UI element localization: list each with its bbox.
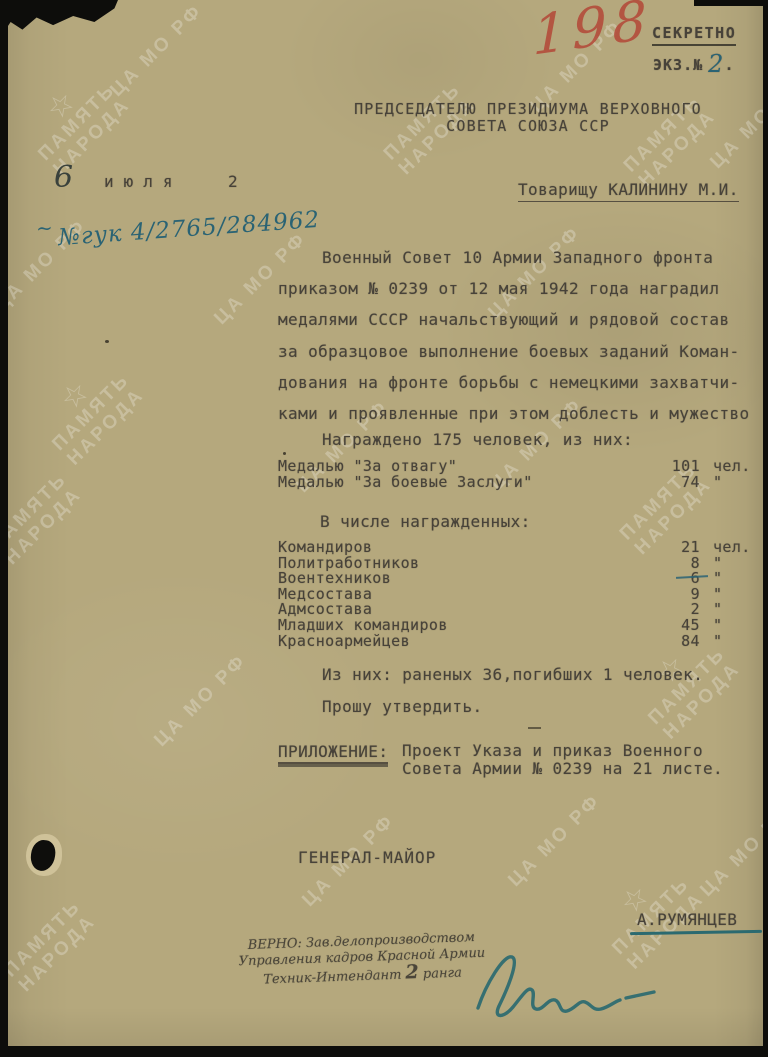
paragraph-line: приказом № 0239 от 12 мая 1942 года нагр… [278,273,758,304]
ink-speck [105,340,109,343]
copy-number-line: ЭКЗ.№2. [653,48,734,76]
star-icon: ☆ [17,62,105,150]
attachment-label: ПРИЛОЖЕНИЕ: [278,742,388,764]
attachment-text: Проект Указа и приказ Военного Совета Ар… [402,742,723,778]
scan-edge-top-right [694,0,768,6]
attachment-line: Совета Армии № 0239 на 21 листе. [402,760,723,778]
secret-stamp-text: СЕКРЕТНО [652,24,736,46]
signatory-name: А.РУМЯНЦЕВ [637,910,737,929]
watermark-memory: ☆ ПАМЯТЬ НАРОДА [31,352,148,469]
watermark-memory: ☆ ПАМЯТЬ НАРОДА [17,62,134,179]
watermark-memory: ПАМЯТЬ НАРОДА [0,896,100,996]
signature-scribble [468,942,668,1032]
ink-underline-mark [630,930,762,935]
watermark-archive: ЦА МО РФ [706,72,768,173]
certification-block: ВЕРНО: Зав.делопроизводством Управления … [231,929,493,989]
copy-suffix: . [724,56,734,74]
date-year-digit: 2 [228,172,238,191]
scan-edge-right [763,0,768,1057]
ink-speck [283,452,286,455]
category-unit: " [713,634,722,650]
losses-line: Из них: раненых 36,погибших 1 человек. [322,665,703,684]
star-icon: ☆ [31,352,119,440]
paragraph-line: за образцовое выполнение боевых заданий … [278,336,758,367]
medal-row: Медалью "За боевые Заслуги" 74 " [278,475,756,491]
date-day-handwritten: 6 [54,160,73,195]
medal-count: 74 [650,475,700,491]
medal-label: Медалью "За боевые Заслуги" [278,475,650,491]
watermark-archive: ЦА МО РФ [106,0,207,101]
paragraph-line: дования на фронте борьбы с немецкими зах… [278,367,758,398]
body-paragraph: Военный Совет 10 Армии Западного фронта … [278,242,758,429]
awarded-summary: Награждено 175 человек, из них: [322,430,633,449]
attachment-line: Проект Указа и приказ Военного [402,742,723,760]
signatory-rank: ГЕНЕРАЛ-МАЙОР [298,848,436,867]
category-heading: В числе награжденных: [320,512,531,531]
copy-number-handwritten: 2 [708,50,724,78]
category-count: 84 [650,634,700,650]
category-row: Красноармейцев 84 " [278,634,756,650]
category-table: Командиров 21 чел. Политработников 8 " В… [278,540,756,649]
approve-line: Прошу утвердить. [322,697,483,716]
paragraph-line: медалями СССР начальствующий и рядовой с… [278,304,758,335]
watermark-archive: ЦА МО РФ [150,650,251,751]
rank-digit-handwritten: 2 [405,961,419,983]
secret-stamp: СЕКРЕТНО [652,24,736,42]
document-title: ПРЕДСЕДАТЕЛЮ ПРЕЗИДИУМА ВЕРХОВНОГО СОВЕТ… [343,101,713,135]
watermark-archive: ЦА МО РФ [696,800,768,901]
watermark-memory: ПАМЯТЬ НАРОДА [0,469,86,569]
copy-label: ЭКЗ.№ [653,56,703,74]
scan-edge-bottom [0,1046,768,1057]
category-label: Красноармейцев [278,634,650,650]
page-number-handwritten: 198 [533,0,653,68]
title-line-2: СОВЕТА СОЮЗА ССР [343,118,713,135]
watermark-archive: ЦА МО РФ [504,790,605,891]
medal-table: Медалью "За отвагу" 101 чел. Медалью "За… [278,459,756,490]
date-month: июля [104,172,183,191]
torn-corner [0,0,118,38]
paragraph-line: Военный Совет 10 Армии Западного фронта [278,242,758,273]
medal-unit: " [713,475,722,491]
scan-edge-left [0,0,8,1057]
document-scan: ЦА МО РФ ЦА МО РФ ЦА МО РФ ☆ ПАМЯТЬ НАРО… [0,0,768,1057]
check-mark-handwritten: ~ [35,216,53,241]
paragraph-line: ками и проявленные при этом доблесть и м… [278,398,758,429]
pencil-dash-mark [528,727,541,729]
title-line-1: ПРЕДСЕДАТЕЛЮ ПРЕЗИДИУМА ВЕРХОВНОГО [343,101,713,118]
addressee: Товарищу КАЛИНИНУ М.И. [518,180,739,199]
